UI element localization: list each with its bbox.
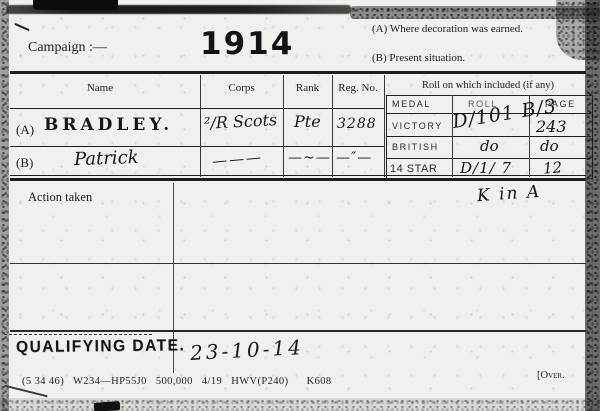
- scan-edge-top-blob: [33, 0, 118, 10]
- row-b-prefix: (B): [16, 155, 33, 171]
- row-b-corps-ditto: ———: [211, 148, 263, 170]
- row-b-name: Patrick: [74, 147, 139, 170]
- medal-index-card: Campaign :— 1914 (A) Where decoration wa…: [0, 0, 600, 411]
- row-a-name: BRADLEY.: [44, 115, 173, 135]
- printer-imprint: (5 34 46) W234—HP55J0 500,000 4/19 HWV(P…: [22, 376, 332, 387]
- section-rule: [10, 330, 586, 332]
- roll-row-british-label: BRITISH: [392, 142, 439, 152]
- col-header-name: Name: [0, 82, 200, 94]
- note-a: (A) Where decoration was earned.: [372, 23, 523, 35]
- table-line: [10, 146, 385, 147]
- scan-edge-top-right: [350, 6, 600, 19]
- qualifying-date-stamp: QUALIFYING DATE.: [16, 337, 185, 358]
- roll-star-page: 12: [542, 158, 562, 177]
- row-b-rank-ditto: —~—: [288, 150, 331, 166]
- header-rule: [10, 71, 586, 74]
- roll-british-page: do: [540, 137, 559, 155]
- over-note: [Over.: [537, 370, 565, 381]
- roll-row-medal-label: MEDAL: [392, 99, 431, 109]
- row-a-rank: Pte: [294, 112, 321, 131]
- note-b: (B) Present situation.: [372, 52, 465, 64]
- qualifying-date-value: 23-10-14: [189, 335, 304, 365]
- table-vline: [332, 75, 333, 177]
- col-header-corps: Corps: [200, 82, 283, 94]
- row-b-regno-ditto: —″—: [336, 150, 372, 166]
- row-a-prefix: (A): [16, 122, 34, 138]
- scan-edge-bottom: [0, 398, 600, 411]
- roll-table-caption: Roll on which included (if any): [388, 80, 588, 91]
- scan-bottom-blob: [94, 401, 121, 411]
- roll-british-roll: do: [480, 137, 499, 155]
- action-taken-label: Action taken: [28, 190, 92, 205]
- col-header-regno: Reg. No.: [332, 82, 384, 94]
- table-vline: [283, 75, 284, 177]
- roll-row-star-label: 14 STAR: [390, 163, 437, 175]
- table-vline: [200, 75, 201, 177]
- roll-vline: [452, 95, 453, 177]
- scan-corner-top-right: [556, 0, 600, 60]
- col-header-rank: Rank: [283, 82, 332, 94]
- roll-row-victory-label: VICTORY: [392, 121, 443, 131]
- kia-note: K in A: [476, 182, 541, 206]
- stamp-box-edge: [4, 334, 152, 335]
- scan-edge-right-band: [585, 0, 600, 411]
- scan-edge-top-bar: [6, 5, 351, 14]
- pen-mark: [14, 23, 29, 31]
- roll-star-roll: D/1/ 7: [460, 159, 512, 177]
- row-a-corps: ²/R Scots: [204, 110, 278, 133]
- campaign-year: 1914: [200, 26, 294, 62]
- section-rule: [10, 263, 586, 264]
- roll-victory-page: 243: [536, 117, 567, 136]
- row-a-regno: 3288: [337, 116, 377, 132]
- scan-edge-left-band: [0, 0, 9, 411]
- campaign-label: Campaign :—: [28, 40, 107, 56]
- table-line: [10, 108, 385, 109]
